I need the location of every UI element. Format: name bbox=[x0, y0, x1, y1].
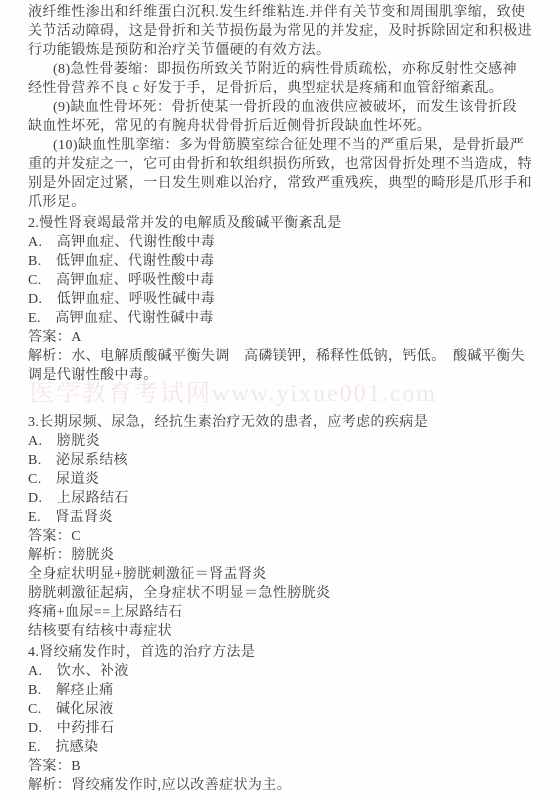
text-line: 经性骨营养不良 c 好发于手，足骨折后，典型症状是疼痛和血管舒缩紊乱。 bbox=[28, 79, 530, 98]
question-block-4: 4.肾绞痛发作时，首选的治疗方法是 A. 饮水、补液 B. 解痉止痛 C. 碱化… bbox=[28, 643, 530, 795]
text-line: 别是外固定过紧，一日发生则难以治疗，常致严重残疾，典型的畸形是爪形手和 bbox=[28, 174, 530, 193]
option-e: E. 肾盂肾炎 bbox=[28, 508, 530, 527]
answer-line: 答案：C bbox=[28, 527, 530, 546]
question-block-3: 3.长期尿频、尿急，经抗生素治疗无效的患者，应考虑的疾病是 A. 膀胱炎 B. … bbox=[28, 413, 530, 641]
option-c: C. 尿道炎 bbox=[28, 470, 530, 489]
text-line: 重的并发症之一，它可由骨折和软组织损伤所致，也常因骨折处理不当造成，特 bbox=[28, 155, 530, 174]
text-line: (9)缺血性骨坏死：骨折使某一骨折段的血液供应被破坏，而发生该骨折段 bbox=[28, 98, 530, 117]
text-line: 爪形足。 bbox=[28, 193, 530, 212]
option-b: B. 解痉止痛 bbox=[28, 681, 530, 700]
site-watermark: 医学教育考试网www.yixue001.com bbox=[30, 381, 437, 407]
text-line: (8)急性骨萎缩：即损伤所致关节附近的病性骨质疏松，亦称反射性交感神 bbox=[28, 60, 530, 79]
analysis-line: 结核要有结核中毒症状 bbox=[28, 622, 530, 641]
option-d: D. 中药排石 bbox=[28, 719, 530, 738]
analysis-line: 全身症状明显+膀胱刺激征＝肾盂肾炎 bbox=[28, 565, 530, 584]
question-stem: 3.长期尿频、尿急，经抗生素治疗无效的患者，应考虑的疾病是 bbox=[28, 413, 530, 432]
question-stem: 2.慢性肾衰竭最常并发的电解质及酸碱平衡紊乱是 bbox=[28, 214, 530, 233]
option-a: A. 高钾血症、代谢性酸中毒 bbox=[28, 233, 530, 252]
analysis-line: 解析：水、电解质酸碱平衡失调 高磷镁钾，稀释性低钠，钙低。 酸碱平衡失 bbox=[28, 347, 530, 366]
option-e: E. 高钾血症、代谢性碱中毒 bbox=[28, 309, 530, 328]
option-c: C. 碱化尿液 bbox=[28, 700, 530, 719]
analysis-line: 疼痛+血尿==上尿路结石 bbox=[28, 603, 530, 622]
option-c: C. 高钾血症、呼吸性酸中毒 bbox=[28, 271, 530, 290]
option-b: B. 低钾血症、代谢性酸中毒 bbox=[28, 252, 530, 271]
option-a: A. 饮水、补液 bbox=[28, 662, 530, 681]
q1-analysis-paragraphs: 液纤维性渗出和纤维蛋白沉积.发生纤维粘连.并伴有关节变和周围肌挛缩，致使 关节活… bbox=[28, 3, 530, 212]
text-line: 行功能锻炼是预防和治疗关节僵硬的有效方法。 bbox=[28, 41, 530, 60]
text-line: 关节活动障碍，这是骨折和关节损伤最为常见的并发症，及时拆除固定和积极进 bbox=[28, 22, 530, 41]
analysis-line: 解析：肾绞痛发作时,应以改善症状为主。 bbox=[28, 776, 530, 795]
text-line: 缺血性坏死，常见的有腕舟状骨骨折后近侧骨折段缺血性坏死。 bbox=[28, 117, 530, 136]
analysis-line: 膀胱刺激征起病，全身症状不明显＝急性膀胱炎 bbox=[28, 584, 530, 603]
option-e: E. 抗感染 bbox=[28, 738, 530, 757]
document-page: 液纤维性渗出和纤维蛋白沉积.发生纤维粘连.并伴有关节变和周围肌挛缩，致使 关节活… bbox=[0, 0, 554, 801]
question-stem: 4.肾绞痛发作时，首选的治疗方法是 bbox=[28, 643, 530, 662]
option-a: A. 膀胱炎 bbox=[28, 432, 530, 451]
answer-line: 答案：B bbox=[28, 757, 530, 776]
option-d: D. 低钾血症、呼吸性碱中毒 bbox=[28, 290, 530, 309]
option-d: D. 上尿路结石 bbox=[28, 489, 530, 508]
text-line: 液纤维性渗出和纤维蛋白沉积.发生纤维粘连.并伴有关节变和周围肌挛缩，致使 bbox=[28, 3, 530, 22]
option-b: B. 泌尿系结核 bbox=[28, 451, 530, 470]
analysis-line: 解析：膀胱炎 bbox=[28, 546, 530, 565]
question-block-2: 2.慢性肾衰竭最常并发的电解质及酸碱平衡紊乱是 A. 高钾血症、代谢性酸中毒 B… bbox=[28, 214, 530, 385]
answer-line: 答案：A bbox=[28, 328, 530, 347]
text-line: (10)缺血性肌挛缩：多为骨筋膜室综合征处理不当的严重后果，是骨折最严 bbox=[28, 136, 530, 155]
